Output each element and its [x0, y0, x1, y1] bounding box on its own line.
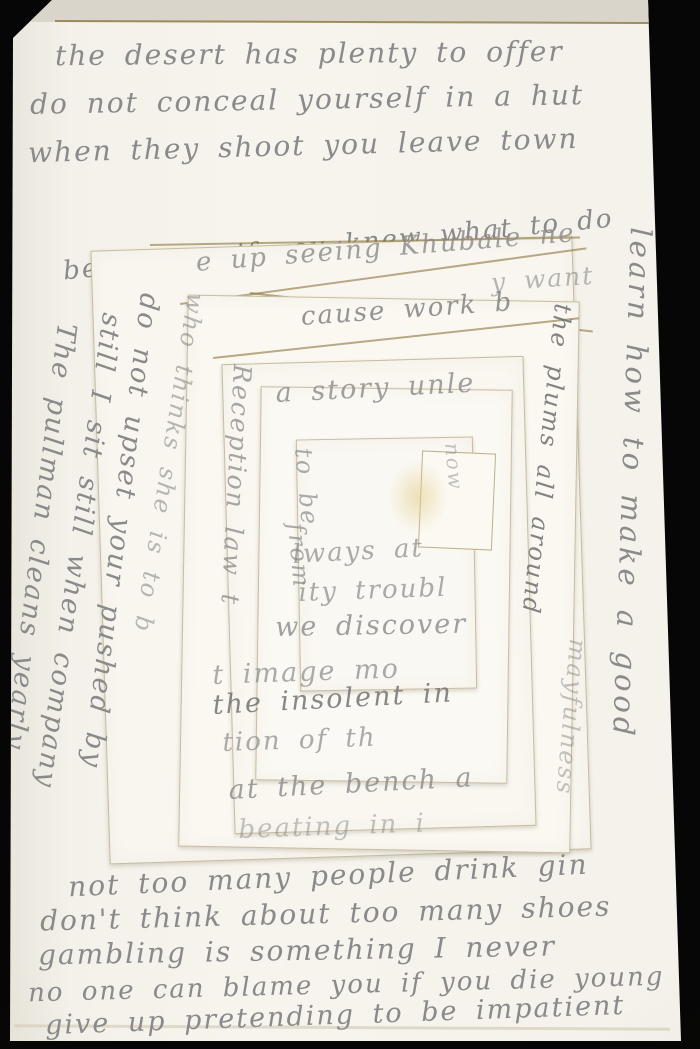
notebook-page: the desert has plenty to offer do not co…	[0, 0, 700, 1043]
collage-fragment-10: we discover	[275, 611, 467, 641]
collage-fragment-5: to be	[291, 447, 322, 527]
collage-fragment-7: now	[442, 442, 466, 492]
scan-background: the desert has plenty to offer do not co…	[0, 0, 700, 1049]
collage-fragment-15: beating in i	[238, 810, 426, 843]
paper-stain	[388, 460, 448, 534]
collage-fragment-9: ity troubl	[298, 575, 448, 606]
collage-fragment-8: lways at	[292, 535, 425, 568]
collage-fragment-13: tion of th	[222, 725, 377, 756]
